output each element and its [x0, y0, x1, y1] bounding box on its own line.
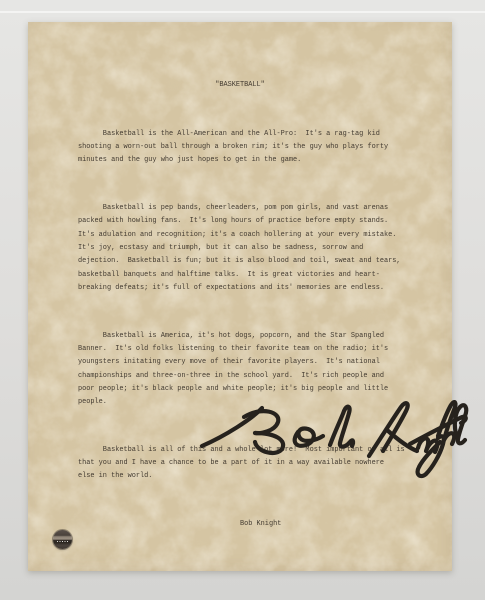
sticker-band	[57, 541, 68, 542]
parchment-page: "BASKETBALL" Basketball is the All-Ameri…	[28, 22, 452, 571]
signature-bob-knight	[180, 392, 470, 492]
paragraph-2: Basketball is pep bands, cheerleaders, p…	[78, 202, 428, 295]
document-title: "BASKETBALL"	[28, 79, 452, 92]
hologram-sticker-icon	[53, 530, 72, 549]
backdrop-seam-line	[0, 11, 485, 13]
typed-name: Bob Knight	[78, 518, 428, 531]
photo-of-signed-document: "BASKETBALL" Basketball is the All-Ameri…	[0, 0, 485, 600]
paragraph-1: Basketball is the All-American and the A…	[78, 128, 428, 168]
